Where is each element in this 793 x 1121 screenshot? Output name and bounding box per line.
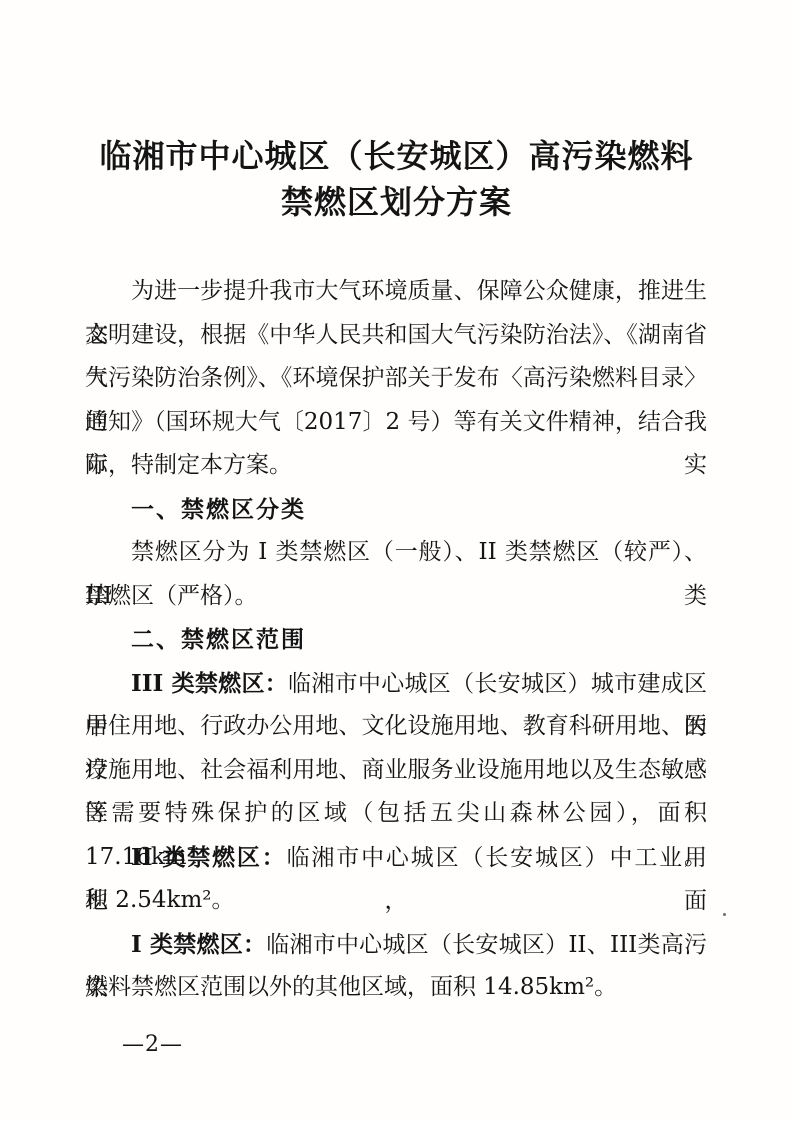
title-line-1: 临湘市中心城区（长安城区）高污染燃料 — [0, 133, 793, 179]
paragraph-line: 禁燃区分为 I 类禁燃区（一般）、II 类禁燃区（较严）、III 类 — [85, 531, 707, 575]
paragraph-line: 通知》（国环规大气〔2017〕2 号）等有关文件精神，结合我市实 — [85, 401, 707, 445]
zone-i-lead: I 类禁燃区： — [131, 931, 266, 958]
paragraph-line: II 类禁燃区：临湘市中心城区（长安城区）中工业用地，面 — [85, 836, 707, 880]
document-page: 临湘市中心城区（长安城区）高污染燃料 禁燃区划分方案 为进一步提升我市大气环境质… — [0, 0, 793, 1121]
zone-iii-lead: III 类禁燃区： — [131, 670, 288, 697]
paragraph-line: 文明建设，根据《中华人民共和国大气污染防治法》、《湖南省大 — [85, 314, 707, 358]
paragraph-line: I 类禁燃区：临湘市中心城区（长安城区）II、III类高污染 — [85, 923, 707, 967]
title-line-2: 禁燃区划分方案 — [0, 179, 793, 225]
paragraph-line: 居住用地、行政办公用地、文化设施用地、教育科研用地、医疗 — [85, 705, 707, 749]
paragraph-line: III 类禁燃区：临湘市中心城区（长安城区）城市建成区中的 — [85, 662, 707, 706]
paragraph-line: 设施用地、社会福利用地、商业服务业设施用地以及生态敏感区 — [85, 749, 707, 793]
section-heading-1: 一、禁燃区分类 — [85, 488, 707, 532]
zone-ii-lead: II 类禁燃区： — [131, 844, 287, 871]
paragraph-line: 气污染防治条例》、《环境保护部关于发布〈高污染燃料目录〉的 — [85, 357, 707, 401]
scan-speck — [723, 913, 726, 916]
section-heading-2: 二、禁燃区范围 — [85, 618, 707, 662]
document-title: 临湘市中心城区（长安城区）高污染燃料 禁燃区划分方案 — [0, 133, 793, 225]
document-body: 为进一步提升我市大气环境质量、保障公众健康，推进生态 文明建设，根据《中华人民共… — [85, 270, 707, 1010]
paragraph-line: 为进一步提升我市大气环境质量、保障公众健康，推进生态 — [85, 270, 707, 314]
page-number: —2— — [122, 1032, 183, 1057]
paragraph-line: 燃料禁燃区范围以外的其他区域，面积 14.85km²。 — [85, 966, 707, 1010]
paragraph-line: 等需要特殊保护的区域（包括五尖山森林公园），面积 17.16km²。 — [85, 792, 707, 836]
